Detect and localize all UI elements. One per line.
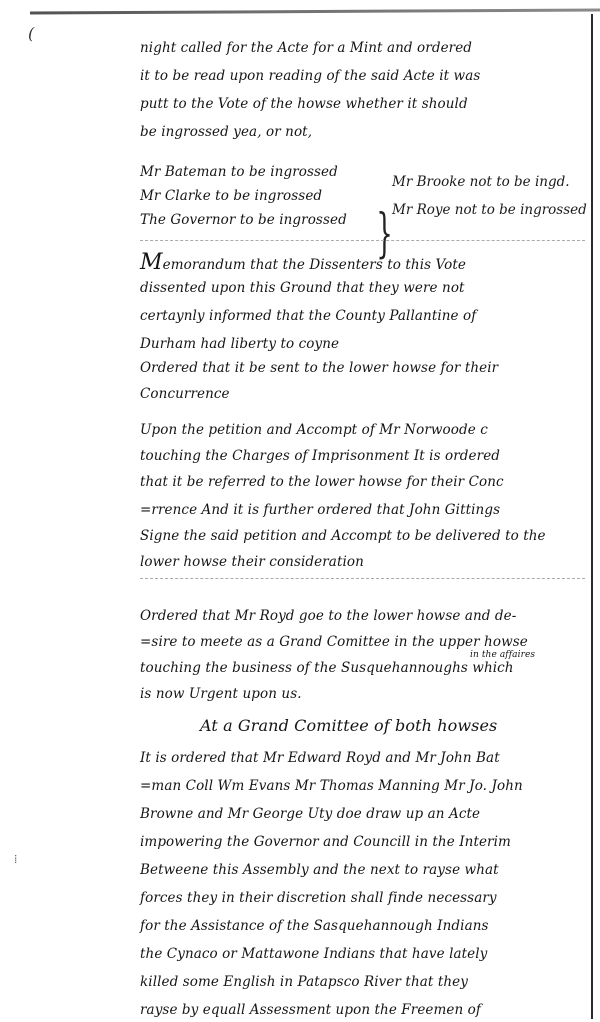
- petition-line: that it be referred to the lower howse f…: [140, 474, 504, 490]
- order-line: is now Urgent upon us.: [140, 686, 302, 702]
- petition-line: Signe the said petition and Accompt to b…: [140, 528, 546, 544]
- committee-line: killed some English in Patapsco River th…: [140, 974, 468, 990]
- page-top-rule: [30, 9, 600, 15]
- memorandum-line: Durham had liberty to coyne: [140, 336, 339, 352]
- text-line: putt to the Vote of the howse whether it…: [140, 96, 468, 112]
- text-line: be ingrossed yea, or not,: [140, 124, 312, 140]
- section-divider: [140, 578, 585, 579]
- order-line: Concurrence: [140, 386, 230, 402]
- memorandum-line: Memorandum that the Dissenters to this V…: [140, 250, 466, 275]
- committee-line: rayse by equall Assessment upon the Free…: [140, 1002, 481, 1018]
- petition-line: =rrence And it is further ordered that J…: [140, 502, 500, 518]
- page-right-edge: [591, 14, 593, 1019]
- petition-line: touching the Charges of Imprisonment It …: [140, 448, 500, 464]
- petition-line: lower howse their consideration: [140, 554, 364, 570]
- memorandum-line: certaynly informed that the County Palla…: [140, 308, 476, 324]
- order-line: touching the business of the Susquehanno…: [140, 660, 514, 676]
- margin-mark: ⁞: [14, 852, 17, 867]
- vote-aye: Mr Bateman to be ingrossed: [140, 164, 338, 180]
- committee-line: =man Coll Wm Evans Mr Thomas Manning Mr …: [140, 778, 523, 794]
- corner-mark: (: [28, 24, 34, 43]
- petition-line: Upon the petition and Accompt of Mr Norw…: [140, 422, 488, 438]
- vote-aye: The Governor to be ingrossed: [140, 212, 347, 228]
- committee-line: It is ordered that Mr Edward Royd and Mr…: [140, 750, 500, 766]
- order-line: =sire to meete as a Grand Comittee in th…: [140, 634, 528, 650]
- section-heading: At a Grand Comittee of both howses: [200, 716, 497, 735]
- committee-line: Browne and Mr George Uty doe draw up an …: [140, 806, 480, 822]
- vote-aye: Mr Clarke to be ingrossed: [140, 188, 322, 204]
- committee-line: for the Assistance of the Sasquehannough…: [140, 918, 489, 934]
- committee-line: the Cynaco or Mattawone Indians that hav…: [140, 946, 487, 962]
- order-line: Ordered that Mr Royd goe to the lower ho…: [140, 608, 516, 624]
- memorandum-line: dissented upon this Ground that they wer…: [140, 280, 465, 296]
- vote-nay: Mr Brooke not to be ingd.: [392, 174, 570, 190]
- committee-line: impowering the Governor and Councill in …: [140, 834, 511, 850]
- vote-nay: Mr Roye not to be ingrossed: [392, 202, 587, 218]
- section-divider: [140, 240, 585, 241]
- text-line: it to be read upon reading of the said A…: [140, 68, 480, 84]
- interlinear-insert: in the affaires: [470, 650, 535, 660]
- text-line: night called for the Acte for a Mint and…: [140, 40, 472, 56]
- order-line: Ordered that it be sent to the lower how…: [140, 360, 498, 376]
- committee-line: forces they in their discretion shall fi…: [140, 890, 497, 906]
- committee-line: Betweene this Assembly and the next to r…: [140, 862, 499, 878]
